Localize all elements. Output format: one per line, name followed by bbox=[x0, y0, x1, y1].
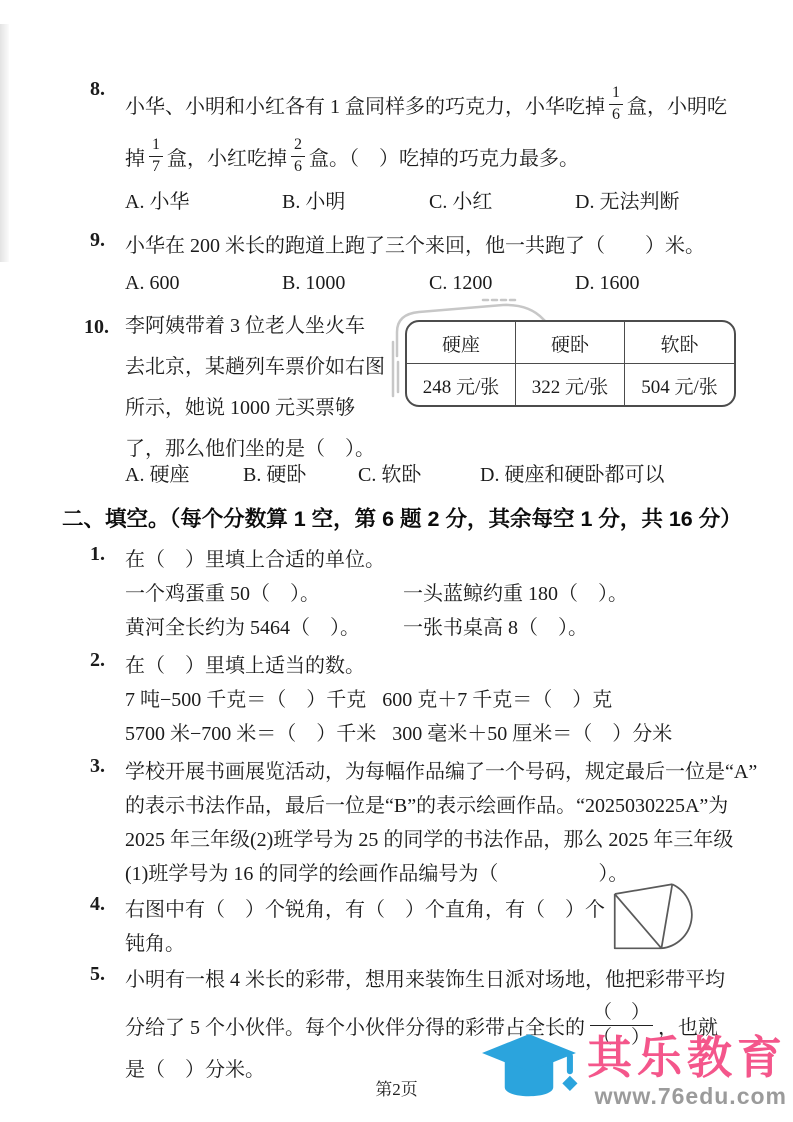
question-8: 8. 小华、小明和小红各有 1 盒同样多的巧克力，小华吃掉 1 6 盒，小明吃 … bbox=[62, 78, 740, 215]
question-text-line: 小华在 200 米长的跑道上跑了三个来回，他一共跑了（ ）米。 bbox=[125, 229, 740, 263]
question-text: 小华、小明和小红各有 1 盒同样多的巧克力，小华吃掉 bbox=[125, 90, 605, 119]
fraction-2-6: 2 6 bbox=[291, 136, 305, 176]
fill-row: 黄河全长约为 5464（ ）。 一张书桌高 8（ ）。 bbox=[125, 611, 740, 645]
table-price-cell: 504 元/张 bbox=[625, 364, 734, 405]
question-9: 9. 小华在 200 米长的跑道上跑了三个来回，他一共跑了（ ）米。 A. 60… bbox=[62, 229, 740, 296]
fill-item: 7 吨−500 千克＝（ ）千克 bbox=[125, 683, 366, 717]
question-text-line: 所示，她说 1000 元买票够 bbox=[125, 388, 397, 429]
fraction-1-7: 1 7 bbox=[149, 136, 163, 176]
question-number: 1. bbox=[90, 543, 105, 566]
option-a: A. 硬座 bbox=[125, 462, 243, 488]
question-text-line: 小明有一根 4 米长的彩带，想用来装饰生日派对场地，他把彩带平均 bbox=[125, 963, 740, 997]
page-content: 8. 小华、小明和小红各有 1 盒同样多的巧克力，小华吃掉 1 6 盒，小明吃 … bbox=[62, 78, 740, 1087]
question-text: 盒，小明吃 bbox=[627, 90, 727, 119]
option-b: B. 硬卧 bbox=[243, 462, 358, 488]
question-number: 3. bbox=[90, 755, 105, 778]
fill-item: 一个鸡蛋重 50（ ）。 bbox=[125, 577, 387, 611]
question-text-line: 去北京，某趟列车票价如右图 bbox=[125, 347, 397, 388]
question-number: 10. bbox=[84, 316, 109, 339]
question-stem: 在（ ）里填上合适的单位。 bbox=[125, 543, 740, 577]
table-price-cell: 248 元/张 bbox=[407, 364, 516, 405]
fill-question-1: 1. 在（ ）里填上合适的单位。 一个鸡蛋重 50（ ）。 一头蓝鲸约重 180… bbox=[62, 543, 740, 645]
question-number: 4. bbox=[90, 893, 105, 916]
fill-item: 600 克＋7 千克＝（ ）克 bbox=[382, 683, 612, 717]
option-d: D. 无法判断 bbox=[575, 189, 740, 215]
q8-options: A. 小华 B. 小明 C. 小红 D. 无法判断 bbox=[125, 189, 740, 215]
fill-item: 5700 米−700 米＝（ ）千米 bbox=[125, 717, 376, 751]
question-number: 8. bbox=[90, 78, 105, 101]
exam-page: 8. 小华、小明和小红各有 1 盒同样多的巧克力，小华吃掉 1 6 盒，小明吃 … bbox=[0, 0, 793, 1122]
fill-question-4: 4. 右图中有（ ）个锐角，有（ ）个直角，有（ ）个 钝角。 bbox=[62, 893, 740, 961]
fill-question-2: 2. 在（ ）里填上适当的数。 7 吨−500 千克＝（ ）千克 600 克＋7… bbox=[62, 649, 740, 751]
question-text-line: 学校开展书画展览活动，为每幅作品编了一个号码，规定最后一位是“A” bbox=[125, 755, 740, 789]
question-10: 10. 李阿姨带着 3 位老人坐火车 去北京，某趟列车票价如右图 所示，她说 1… bbox=[62, 306, 740, 488]
question-text-line: 2025 年三年级(2)班学号为 25 的同学的书法作品，那么 2025 年三年… bbox=[125, 823, 740, 857]
logo-text: 其乐教育 www.76edu.com bbox=[587, 1034, 787, 1109]
fill-item: 一张书桌高 8（ ）。 bbox=[403, 611, 588, 645]
question-text-line: 李阿姨带着 3 位老人坐火车 bbox=[125, 306, 397, 347]
table-header-cell: 硬卧 bbox=[516, 322, 625, 364]
fill-item: 300 毫米＋50 厘米＝（ ）分米 bbox=[392, 717, 672, 751]
section-2-title: 二、填空。（每个分数算 1 空，第 6 题 2 分，其余每空 1 分，共 16 … bbox=[62, 502, 740, 533]
table-header-cell: 软卧 bbox=[625, 322, 734, 364]
question-number: 5. bbox=[90, 963, 105, 986]
question-text: 盒。（ ）吃掉的巧克力最多。 bbox=[309, 142, 579, 171]
ticket-price-table: 硬座 硬卧 软卧 248 元/张 322 元/张 504 元/张 bbox=[405, 320, 736, 407]
question-text-line: 的表示书法作品，最后一位是“B”的表示绘画作品。“2025030225A”为 bbox=[125, 789, 740, 823]
table-price-cell: 322 元/张 bbox=[516, 364, 625, 405]
fill-row: 7 吨−500 千克＝（ ）千克 600 克＋7 千克＝（ ）克 bbox=[125, 683, 740, 717]
scan-edge-artifact bbox=[0, 24, 9, 262]
fill-question-3: 3. 学校开展书画展览活动，为每幅作品编了一个号码，规定最后一位是“A” 的表示… bbox=[62, 755, 740, 891]
site-logo: 其乐教育 www.76edu.com bbox=[479, 1030, 787, 1114]
question-text-block: 李阿姨带着 3 位老人坐火车 去北京，某趟列车票价如右图 所示，她说 1000 … bbox=[125, 306, 397, 470]
question-stem: 在（ ）里填上适当的数。 bbox=[125, 649, 740, 683]
brand-name: 其乐教育 bbox=[587, 1034, 787, 1081]
brand-url: www.76edu.com bbox=[587, 1083, 787, 1110]
question-text-line: 小华、小明和小红各有 1 盒同样多的巧克力，小华吃掉 1 6 盒，小明吃 bbox=[125, 78, 740, 130]
fill-row: 5700 米−700 米＝（ ）千米 300 毫米＋50 厘米＝（ ）分米 bbox=[125, 717, 740, 751]
option-b: B. 小明 bbox=[282, 189, 429, 215]
fill-item: 一头蓝鲸约重 180（ ）。 bbox=[403, 577, 628, 611]
question-number: 2. bbox=[90, 649, 105, 672]
graduation-cap-icon bbox=[479, 1030, 579, 1114]
question-text: 盒，小红吃掉 bbox=[167, 142, 287, 171]
question-text: 掉 bbox=[125, 142, 145, 171]
option-a: A. 小华 bbox=[125, 189, 282, 215]
option-a: A. 600 bbox=[125, 270, 282, 296]
fraction-1-6: 1 6 bbox=[609, 84, 623, 124]
question-text-line: 掉 1 7 盒，小红吃掉 2 6 盒。（ ）吃掉的巧克力最多。 bbox=[125, 130, 740, 182]
question-number: 9. bbox=[90, 229, 105, 252]
angles-figure bbox=[606, 881, 706, 957]
option-c: C. 小红 bbox=[429, 189, 575, 215]
ticket-price-figure: 硬座 硬卧 软卧 248 元/张 322 元/张 504 元/张 bbox=[397, 306, 740, 470]
fill-item: 黄河全长约为 5464（ ）。 bbox=[125, 611, 387, 645]
table-header-cell: 硬座 bbox=[407, 322, 516, 364]
fill-row: 一个鸡蛋重 50（ ）。 一头蓝鲸约重 180（ ）。 bbox=[125, 577, 740, 611]
